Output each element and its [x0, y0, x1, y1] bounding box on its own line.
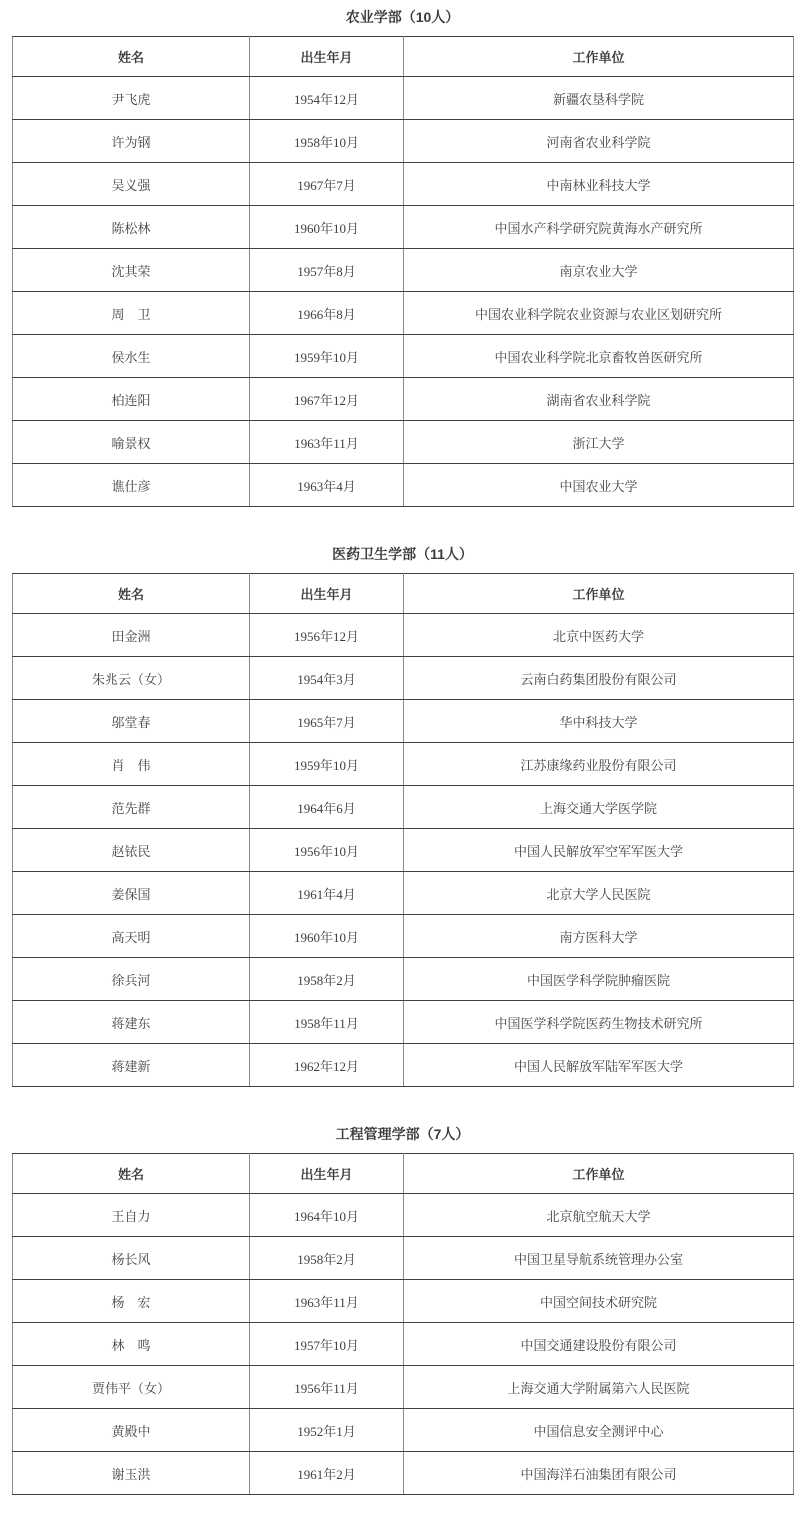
birthdate-cell: 1958年10月	[250, 120, 404, 163]
column-header: 出生年月	[250, 574, 404, 614]
table-row: 黄殿中1952年1月中国信息安全测评中心	[13, 1409, 794, 1452]
birthdate-cell: 1956年11月	[250, 1366, 404, 1409]
table-row: 周 卫1966年8月中国农业科学院农业资源与农业区划研究所	[13, 292, 794, 335]
workunit-cell: 云南白药集团股份有限公司	[404, 657, 794, 700]
name-cell: 杨 宏	[13, 1280, 250, 1323]
table-row: 吴义强1967年7月中南林业科技大学	[13, 163, 794, 206]
name-cell: 高天明	[13, 915, 250, 958]
faculty-section: 医药卫生学部（11人） 姓名出生年月工作单位 田金洲1956年12月北京中医药大…	[0, 544, 805, 1087]
birthdate-cell: 1954年3月	[250, 657, 404, 700]
name-cell: 谯仕彦	[13, 464, 250, 507]
name-cell: 田金洲	[13, 614, 250, 657]
name-cell: 沈其荣	[13, 249, 250, 292]
workunit-cell: 中国人民解放军空军军医大学	[404, 829, 794, 872]
table-body: 尹飞虎1954年12月新疆农垦科学院许为钢1958年10月河南省农业科学院吴义强…	[13, 77, 794, 507]
workunit-cell: 中国医学科学院医药生物技术研究所	[404, 1001, 794, 1044]
workunit-cell: 中国信息安全测评中心	[404, 1409, 794, 1452]
name-cell: 陈松林	[13, 206, 250, 249]
name-cell: 赵铱民	[13, 829, 250, 872]
section-title: 农业学部（10人）	[0, 7, 805, 27]
workunit-cell: 新疆农垦科学院	[404, 77, 794, 120]
birthdate-cell: 1963年11月	[250, 1280, 404, 1323]
birthdate-cell: 1965年7月	[250, 700, 404, 743]
birthdate-cell: 1963年4月	[250, 464, 404, 507]
name-cell: 王自力	[13, 1194, 250, 1237]
table-row: 蒋建东1958年11月中国医学科学院医药生物技术研究所	[13, 1001, 794, 1044]
name-cell: 侯水生	[13, 335, 250, 378]
birthdate-cell: 1961年4月	[250, 872, 404, 915]
workunit-cell: 华中科技大学	[404, 700, 794, 743]
table-row: 邬堂春1965年7月华中科技大学	[13, 700, 794, 743]
members-table: 姓名出生年月工作单位 尹飞虎1954年12月新疆农垦科学院许为钢1958年10月…	[12, 36, 794, 507]
column-header: 姓名	[13, 37, 250, 77]
workunit-cell: 中国医学科学院肿瘤医院	[404, 958, 794, 1001]
header-row: 姓名出生年月工作单位	[13, 1154, 794, 1194]
birthdate-cell: 1956年10月	[250, 829, 404, 872]
birthdate-cell: 1957年8月	[250, 249, 404, 292]
table-row: 沈其荣1957年8月南京农业大学	[13, 249, 794, 292]
name-cell: 贾伟平（女）	[13, 1366, 250, 1409]
birthdate-cell: 1967年12月	[250, 378, 404, 421]
birthdate-cell: 1966年8月	[250, 292, 404, 335]
workunit-cell: 中国农业科学院北京畜牧兽医研究所	[404, 335, 794, 378]
workunit-cell: 上海交通大学医学院	[404, 786, 794, 829]
name-cell: 杨长风	[13, 1237, 250, 1280]
table-row: 杨 宏1963年11月中国空间技术研究院	[13, 1280, 794, 1323]
name-cell: 姜保国	[13, 872, 250, 915]
column-header: 工作单位	[404, 37, 794, 77]
document: 农业学部（10人） 姓名出生年月工作单位 尹飞虎1954年12月新疆农垦科学院许…	[0, 7, 805, 1495]
birthdate-cell: 1958年11月	[250, 1001, 404, 1044]
header-row: 姓名出生年月工作单位	[13, 37, 794, 77]
name-cell: 柏连阳	[13, 378, 250, 421]
workunit-cell: 中国空间技术研究院	[404, 1280, 794, 1323]
name-cell: 黄殿中	[13, 1409, 250, 1452]
table-head: 姓名出生年月工作单位	[13, 37, 794, 77]
column-header: 工作单位	[404, 574, 794, 614]
birthdate-cell: 1956年12月	[250, 614, 404, 657]
name-cell: 蒋建新	[13, 1044, 250, 1087]
name-cell: 范先群	[13, 786, 250, 829]
table-row: 田金洲1956年12月北京中医药大学	[13, 614, 794, 657]
birthdate-cell: 1959年10月	[250, 335, 404, 378]
table-row: 肖 伟1959年10月江苏康缘药业股份有限公司	[13, 743, 794, 786]
birthdate-cell: 1963年11月	[250, 421, 404, 464]
members-table: 姓名出生年月工作单位 王自力1964年10月北京航空航天大学杨长风1958年2月…	[12, 1153, 794, 1495]
name-cell: 周 卫	[13, 292, 250, 335]
workunit-cell: 中国海洋石油集团有限公司	[404, 1452, 794, 1495]
birthdate-cell: 1957年10月	[250, 1323, 404, 1366]
faculty-section: 工程管理学部（7人） 姓名出生年月工作单位 王自力1964年10月北京航空航天大…	[0, 1124, 805, 1495]
table-row: 蒋建新1962年12月中国人民解放军陆军军医大学	[13, 1044, 794, 1087]
table-row: 贾伟平（女）1956年11月上海交通大学附属第六人民医院	[13, 1366, 794, 1409]
header-row: 姓名出生年月工作单位	[13, 574, 794, 614]
column-header: 出生年月	[250, 1154, 404, 1194]
name-cell: 吴义强	[13, 163, 250, 206]
workunit-cell: 中国农业大学	[404, 464, 794, 507]
workunit-cell: 南方医科大学	[404, 915, 794, 958]
workunit-cell: 湖南省农业科学院	[404, 378, 794, 421]
birthdate-cell: 1960年10月	[250, 206, 404, 249]
table-row: 尹飞虎1954年12月新疆农垦科学院	[13, 77, 794, 120]
workunit-cell: 中国交通建设股份有限公司	[404, 1323, 794, 1366]
workunit-cell: 江苏康缘药业股份有限公司	[404, 743, 794, 786]
table-body: 田金洲1956年12月北京中医药大学朱兆云（女）1954年3月云南白药集团股份有…	[13, 614, 794, 1087]
table-row: 杨长风1958年2月中国卫星导航系统管理办公室	[13, 1237, 794, 1280]
table-row: 柏连阳1967年12月湖南省农业科学院	[13, 378, 794, 421]
birthdate-cell: 1954年12月	[250, 77, 404, 120]
name-cell: 徐兵河	[13, 958, 250, 1001]
table-row: 许为钢1958年10月河南省农业科学院	[13, 120, 794, 163]
section-title: 工程管理学部（7人）	[0, 1124, 805, 1144]
name-cell: 邬堂春	[13, 700, 250, 743]
table-row: 赵铱民1956年10月中国人民解放军空军军医大学	[13, 829, 794, 872]
name-cell: 许为钢	[13, 120, 250, 163]
table-row: 徐兵河1958年2月中国医学科学院肿瘤医院	[13, 958, 794, 1001]
table-row: 陈松林1960年10月中国水产科学研究院黄海水产研究所	[13, 206, 794, 249]
workunit-cell: 浙江大学	[404, 421, 794, 464]
table-row: 姜保国1961年4月北京大学人民医院	[13, 872, 794, 915]
name-cell: 尹飞虎	[13, 77, 250, 120]
table-head: 姓名出生年月工作单位	[13, 574, 794, 614]
name-cell: 蒋建东	[13, 1001, 250, 1044]
table-body: 王自力1964年10月北京航空航天大学杨长风1958年2月中国卫星导航系统管理办…	[13, 1194, 794, 1495]
table-row: 高天明1960年10月南方医科大学	[13, 915, 794, 958]
workunit-cell: 中南林业科技大学	[404, 163, 794, 206]
table-row: 侯水生1959年10月中国农业科学院北京畜牧兽医研究所	[13, 335, 794, 378]
table-row: 林 鸣1957年10月中国交通建设股份有限公司	[13, 1323, 794, 1366]
birthdate-cell: 1960年10月	[250, 915, 404, 958]
workunit-cell: 中国人民解放军陆军军医大学	[404, 1044, 794, 1087]
workunit-cell: 北京航空航天大学	[404, 1194, 794, 1237]
birthdate-cell: 1958年2月	[250, 1237, 404, 1280]
workunit-cell: 河南省农业科学院	[404, 120, 794, 163]
table-row: 喻景权1963年11月浙江大学	[13, 421, 794, 464]
table-head: 姓名出生年月工作单位	[13, 1154, 794, 1194]
birthdate-cell: 1958年2月	[250, 958, 404, 1001]
birthdate-cell: 1962年12月	[250, 1044, 404, 1087]
birthdate-cell: 1959年10月	[250, 743, 404, 786]
workunit-cell: 中国水产科学研究院黄海水产研究所	[404, 206, 794, 249]
name-cell: 林 鸣	[13, 1323, 250, 1366]
members-table: 姓名出生年月工作单位 田金洲1956年12月北京中医药大学朱兆云（女）1954年…	[12, 573, 794, 1087]
table-row: 范先群1964年6月上海交通大学医学院	[13, 786, 794, 829]
workunit-cell: 上海交通大学附属第六人民医院	[404, 1366, 794, 1409]
column-header: 出生年月	[250, 37, 404, 77]
birthdate-cell: 1964年10月	[250, 1194, 404, 1237]
birthdate-cell: 1952年1月	[250, 1409, 404, 1452]
name-cell: 朱兆云（女）	[13, 657, 250, 700]
workunit-cell: 中国卫星导航系统管理办公室	[404, 1237, 794, 1280]
column-header: 工作单位	[404, 1154, 794, 1194]
birthdate-cell: 1964年6月	[250, 786, 404, 829]
faculty-section: 农业学部（10人） 姓名出生年月工作单位 尹飞虎1954年12月新疆农垦科学院许…	[0, 7, 805, 507]
workunit-cell: 中国农业科学院农业资源与农业区划研究所	[404, 292, 794, 335]
table-row: 朱兆云（女）1954年3月云南白药集团股份有限公司	[13, 657, 794, 700]
name-cell: 喻景权	[13, 421, 250, 464]
birthdate-cell: 1961年2月	[250, 1452, 404, 1495]
workunit-cell: 北京中医药大学	[404, 614, 794, 657]
table-row: 谢玉洪1961年2月中国海洋石油集团有限公司	[13, 1452, 794, 1495]
name-cell: 谢玉洪	[13, 1452, 250, 1495]
workunit-cell: 北京大学人民医院	[404, 872, 794, 915]
column-header: 姓名	[13, 1154, 250, 1194]
section-title: 医药卫生学部（11人）	[0, 544, 805, 564]
table-row: 谯仕彦1963年4月中国农业大学	[13, 464, 794, 507]
column-header: 姓名	[13, 574, 250, 614]
table-row: 王自力1964年10月北京航空航天大学	[13, 1194, 794, 1237]
birthdate-cell: 1967年7月	[250, 163, 404, 206]
workunit-cell: 南京农业大学	[404, 249, 794, 292]
name-cell: 肖 伟	[13, 743, 250, 786]
